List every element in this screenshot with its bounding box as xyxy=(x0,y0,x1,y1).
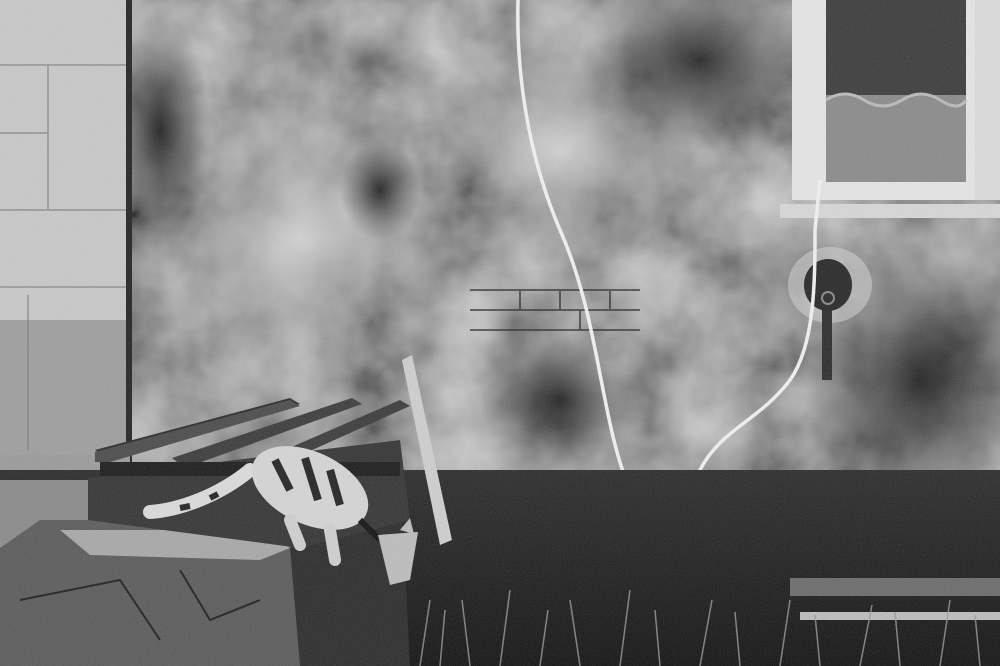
photograph: A tabby cat climbing down from a wooden … xyxy=(0,0,1000,666)
scene xyxy=(0,0,1000,666)
